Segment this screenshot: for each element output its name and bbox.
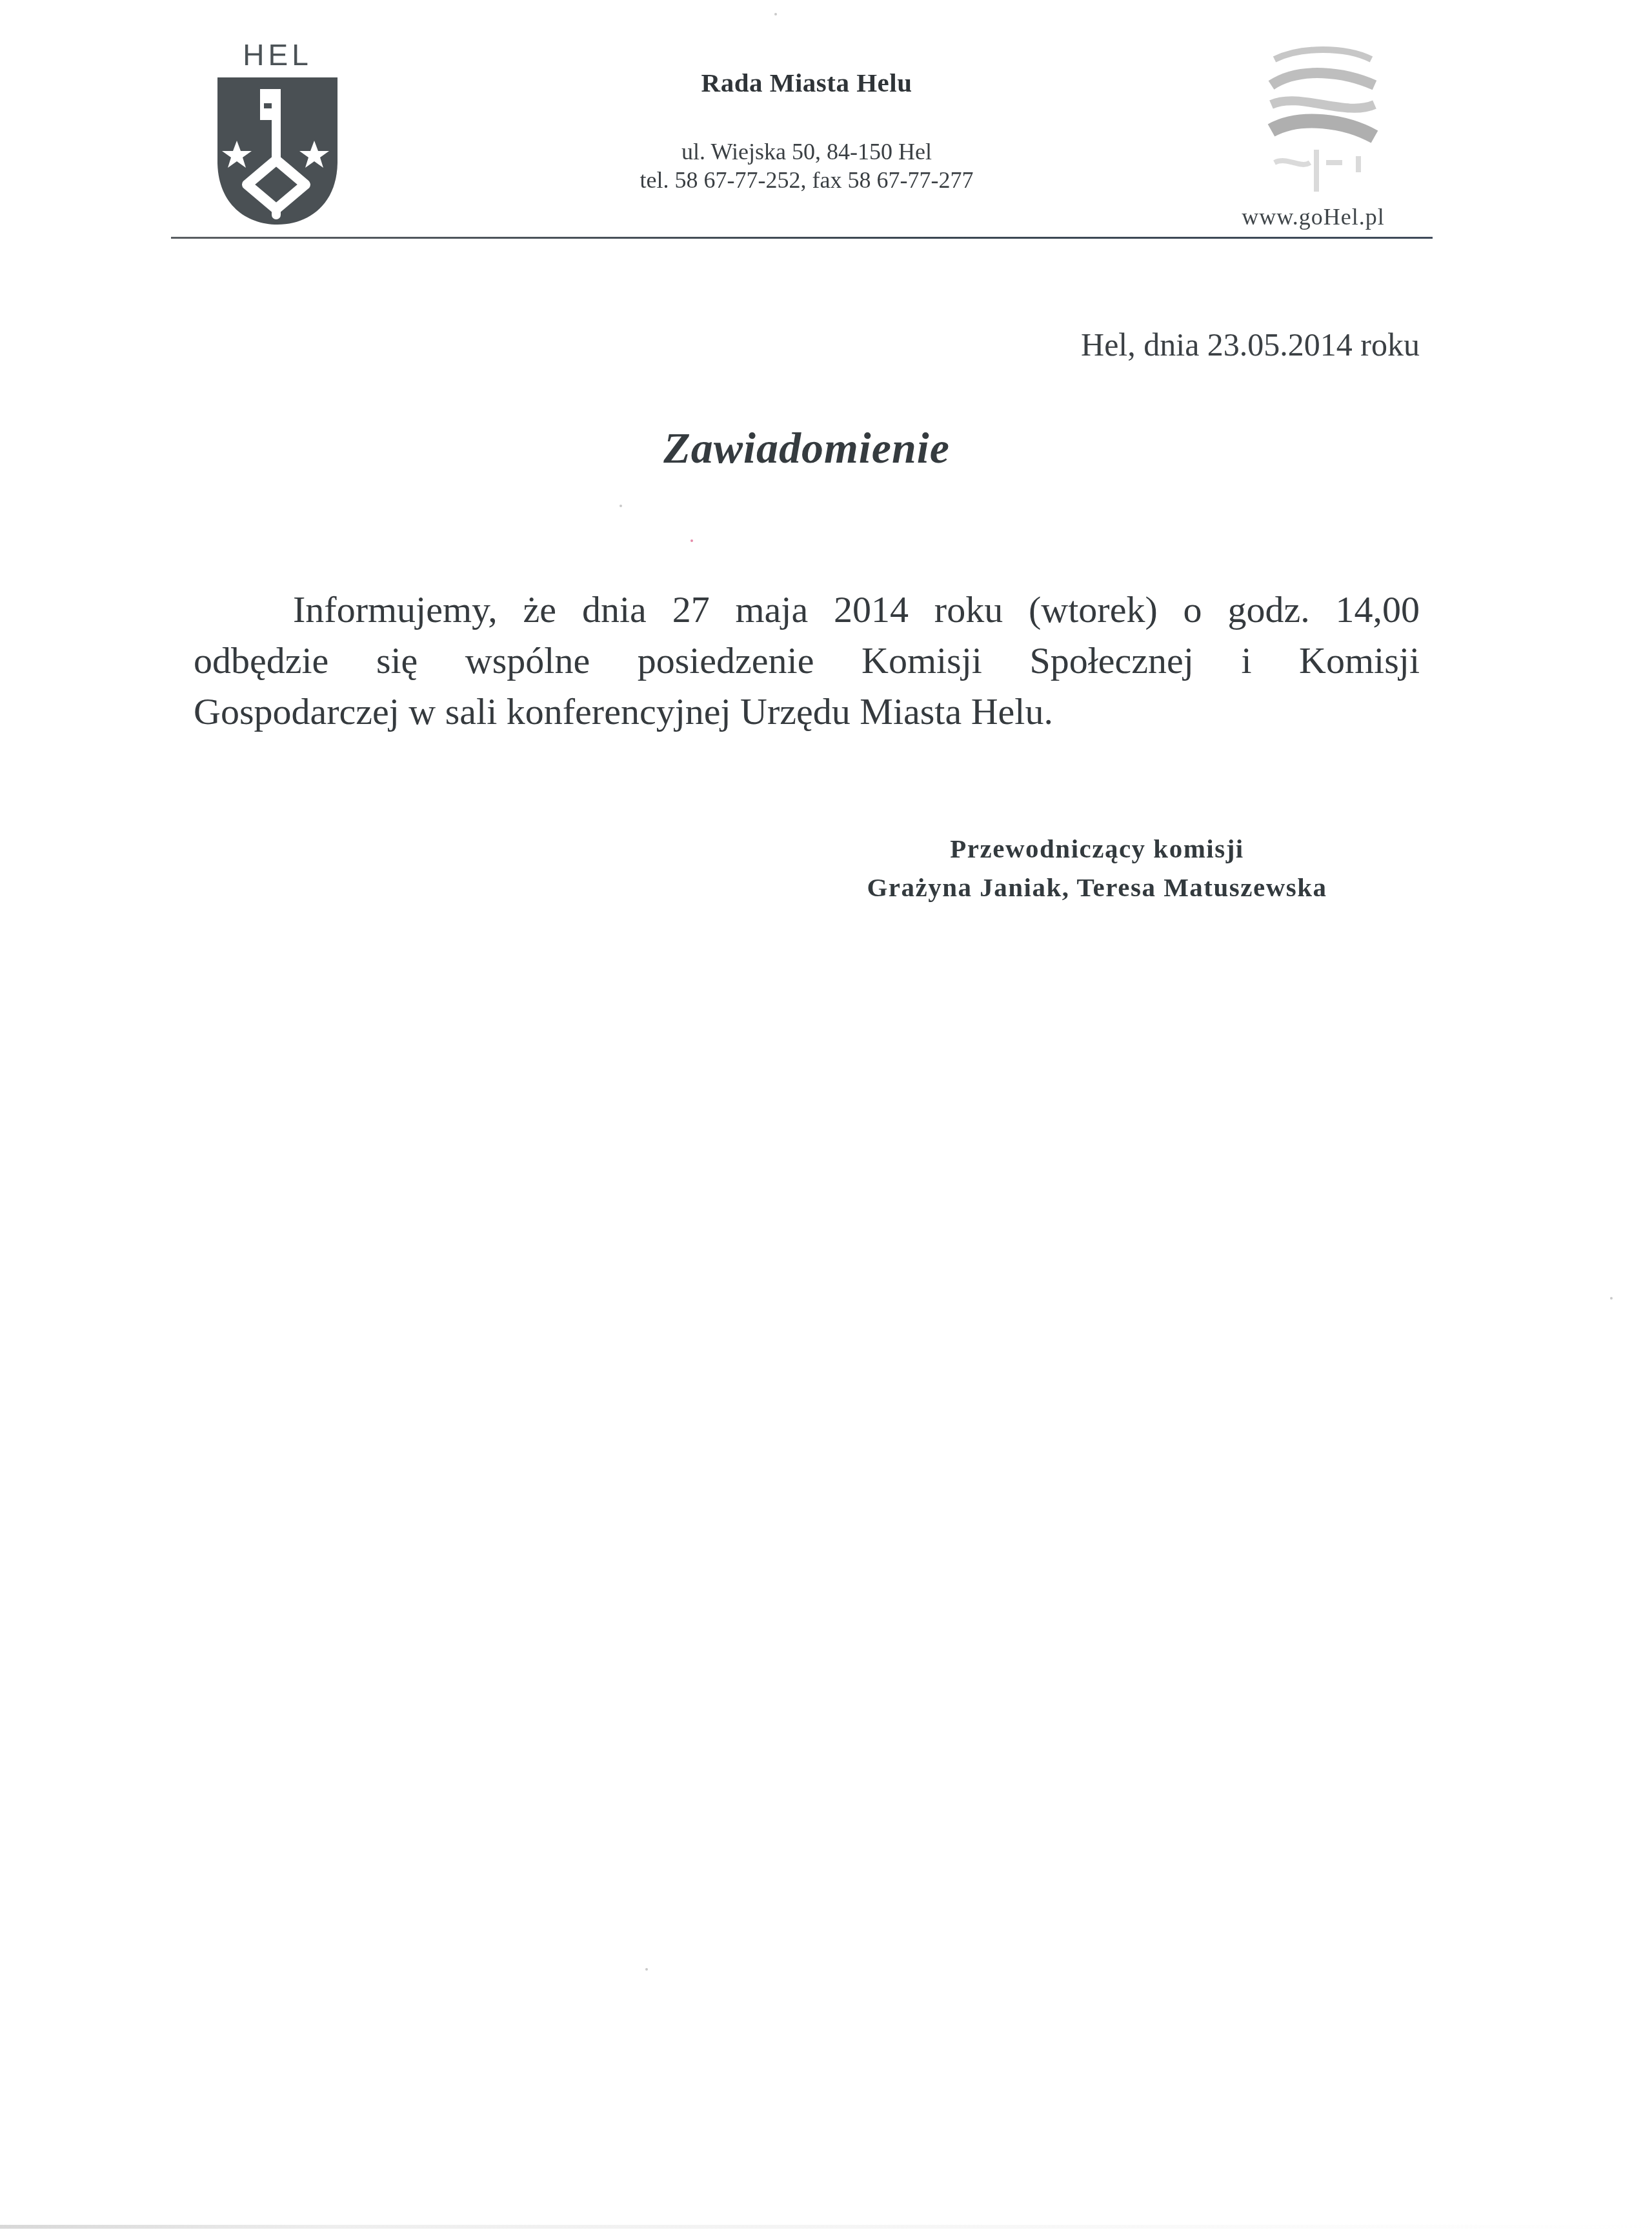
- document-date: Hel, dnia 23.05.2014 roku: [968, 326, 1420, 363]
- signature-names: Grażyna Janiak, Teresa Matuszewska: [807, 868, 1387, 907]
- scan-speck: [690, 539, 693, 542]
- scan-speck: [619, 505, 622, 507]
- city-crest: HEL: [216, 40, 339, 227]
- gohel-logo-icon: [1262, 40, 1384, 195]
- organization-phone: tel. 58 67-77-252, fax 58 67-77-277: [452, 166, 1162, 194]
- signature-role: Przewodniczący komisji: [807, 829, 1387, 868]
- coat-of-arms-icon: [216, 77, 339, 226]
- body-line: odbędzie się wspólne posiedzenie Komisji…: [194, 635, 1420, 686]
- document-body: Informujemy, że dnia 27 maja 2014 roku (…: [194, 584, 1420, 737]
- letterhead-text: Rada Miasta Helu ul. Wiejska 50, 84-150 …: [452, 63, 1162, 194]
- body-line: Gospodarczej w sali konferencyjnej Urzęd…: [194, 686, 1420, 737]
- scan-speck: [1610, 1297, 1613, 1300]
- scan-speck: [645, 1968, 648, 1971]
- document-title: Zawiadomienie: [581, 423, 1032, 474]
- body-line: Informujemy, że dnia 27 maja 2014 roku (…: [194, 584, 1420, 635]
- organization-address: ul. Wiejska 50, 84-150 Hel: [452, 137, 1162, 166]
- scan-speck: [774, 13, 777, 15]
- scan-edge: [0, 2225, 1652, 2229]
- signature-block: Przewodniczący komisji Grażyna Janiak, T…: [807, 829, 1387, 907]
- header-divider: [171, 237, 1433, 239]
- crest-label: HEL: [216, 40, 339, 70]
- website-link[interactable]: www.goHel.pl: [1210, 203, 1416, 230]
- organization-name: Rada Miasta Helu: [452, 63, 1162, 102]
